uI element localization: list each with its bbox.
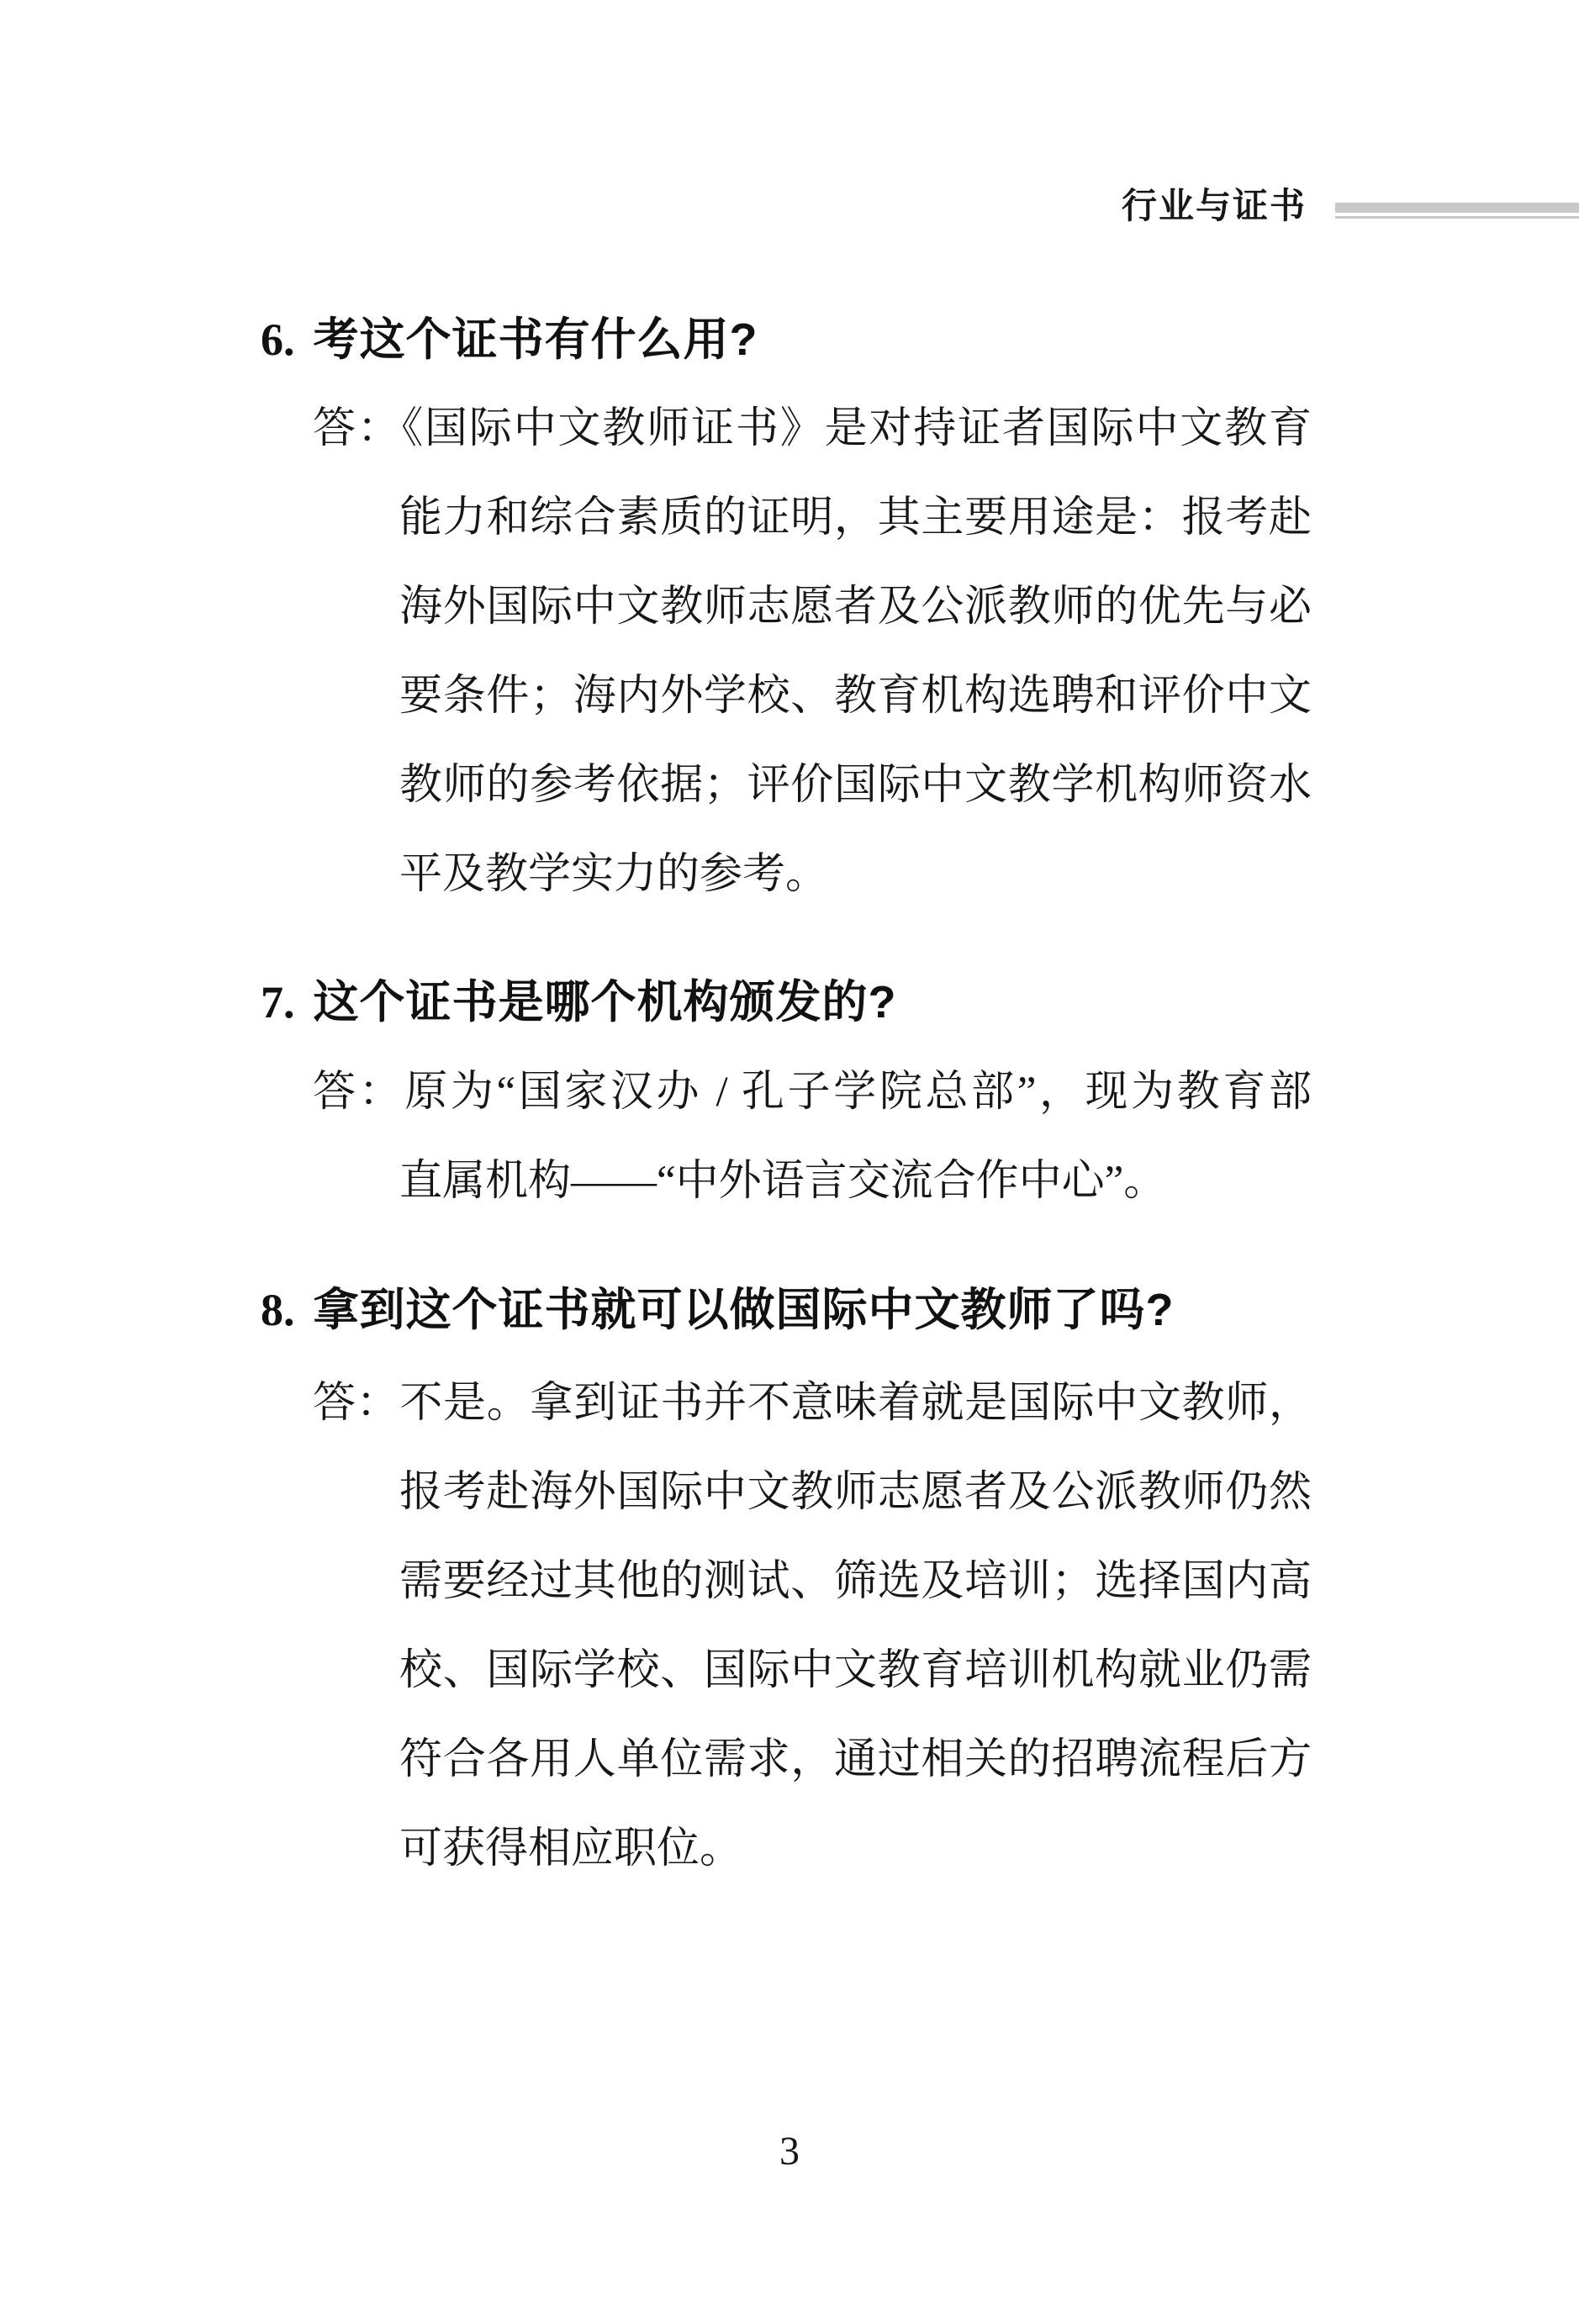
question-8-heading: 8.拿到这个证书就可以做国际中文教师了吗?	[261, 1283, 1174, 1338]
answer-line: 答：《国际中文教师证书》是对持证者国际中文教育	[313, 384, 1312, 473]
answer-line: 答：原为“国家汉办 / 孔子学院总部”，现为教育部	[313, 1048, 1312, 1137]
answer-line: 教师的参考依据；评价国际中文教学机构师资水	[399, 741, 1312, 830]
question-8-title: 拿到这个证书就可以做国际中文教师了吗?	[314, 1285, 1175, 1335]
book-page: 行业与证书 6.考这个证书有什么用? 答：《国际中文教师证书》是对持证者国际中文…	[0, 0, 1579, 2324]
answer-label: 答：	[313, 405, 402, 452]
answer-line: 要条件；海内外学校、教育机构选聘和评价中文	[399, 652, 1312, 741]
answer-label: 答：	[313, 1380, 399, 1427]
question-8-number: 8.	[261, 1285, 295, 1335]
question-7-number: 7.	[261, 977, 295, 1027]
header-rule-thick	[1335, 203, 1579, 213]
answer-7: 答：原为“国家汉办 / 孔子学院总部”，现为教育部 直属机构——“中外语言交流合…	[313, 1048, 1312, 1226]
question-6-number: 6.	[261, 314, 295, 365]
answer-line: 直属机构——“中外语言交流合作中心”。	[399, 1137, 1312, 1226]
answer-line: 答：不是。拿到证书并不意味着就是国际中文教师，	[313, 1359, 1312, 1448]
answer-text: 《国际中文教师证书》是对持证者国际中文教育	[402, 405, 1312, 452]
answer-8: 答：不是。拿到证书并不意味着就是国际中文教师， 报考赴海外国际中文教师志愿者及公…	[313, 1359, 1312, 1894]
question-7-heading: 7.这个证书是哪个机构颁发的?	[261, 975, 896, 1030]
answer-line: 平及教学实力的参考。	[399, 830, 1312, 919]
header-rule-thin	[1335, 216, 1579, 219]
answer-line: 报考赴海外国际中文教师志愿者及公派教师仍然	[399, 1448, 1312, 1537]
question-6-title: 考这个证书有什么用?	[314, 314, 758, 365]
answer-line: 能力和综合素质的证明，其主要用途是：报考赴	[399, 473, 1312, 563]
answer-line: 需要经过其他的测试、筛选及培训；选择国内高	[399, 1537, 1312, 1626]
answer-line: 海外国际中文教师志愿者及公派教师的优先与必	[399, 563, 1312, 652]
answer-label: 答：	[313, 1069, 404, 1116]
page-number: 3	[0, 2127, 1579, 2176]
question-6-heading: 6.考这个证书有什么用?	[261, 313, 758, 367]
answer-line: 校、国际学校、国际中文教育培训机构就业仍需	[399, 1626, 1312, 1715]
answer-line: 可获得相应职位。	[399, 1804, 1312, 1894]
answer-text: 不是。拿到证书并不意味着就是国际中文教师，	[399, 1380, 1312, 1427]
question-7-title: 这个证书是哪个机构颁发的?	[314, 977, 897, 1027]
answer-6: 答：《国际中文教师证书》是对持证者国际中文教育 能力和综合素质的证明，其主要用途…	[313, 384, 1312, 919]
answer-line: 符合各用人单位需求，通过相关的招聘流程后方	[399, 1715, 1312, 1804]
answer-text: 原为“国家汉办 / 孔子学院总部”，现为教育部	[404, 1069, 1312, 1116]
running-head-title: 行业与证书	[1122, 187, 1307, 225]
